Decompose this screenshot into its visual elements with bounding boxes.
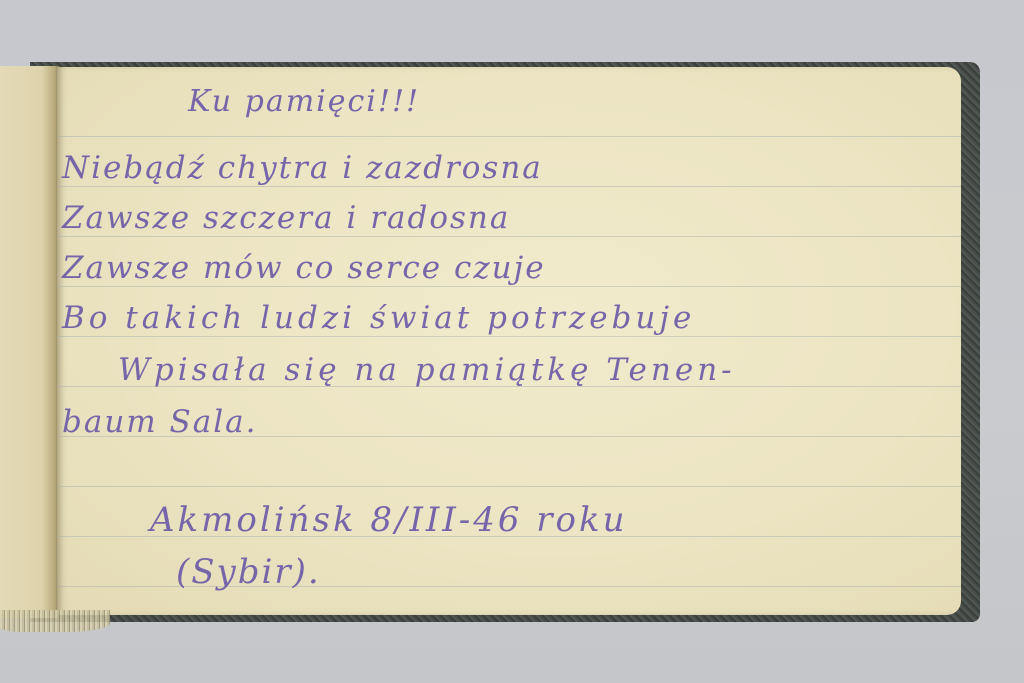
poem-line: Zawsze szczera i radosna (62, 200, 510, 236)
ruled-line (57, 286, 961, 287)
page-title: Ku pamięci!!! (188, 84, 420, 119)
ruled-line (57, 336, 961, 337)
place-date: Akmolińsk 8/III-46 roku (150, 500, 628, 540)
poem-line: Zawsze mów co serce czuje (62, 250, 546, 286)
region-note: (Sybir). (176, 552, 321, 592)
ruled-line (57, 136, 961, 137)
ruled-line (57, 186, 961, 187)
ruled-line (57, 236, 961, 237)
left-page (0, 66, 60, 618)
poem-line: Bo takich ludzi świat potrzebuje (62, 300, 695, 336)
notebook (0, 62, 982, 628)
ruled-line (57, 486, 961, 487)
dedication-line: Wpisała się na pamiątkę Tenen- (118, 352, 736, 388)
poem-line: Niebądź chytra i zazdrosna (62, 150, 543, 186)
dedication-line: baum Sala. (62, 404, 258, 440)
frayed-spine (0, 610, 110, 632)
